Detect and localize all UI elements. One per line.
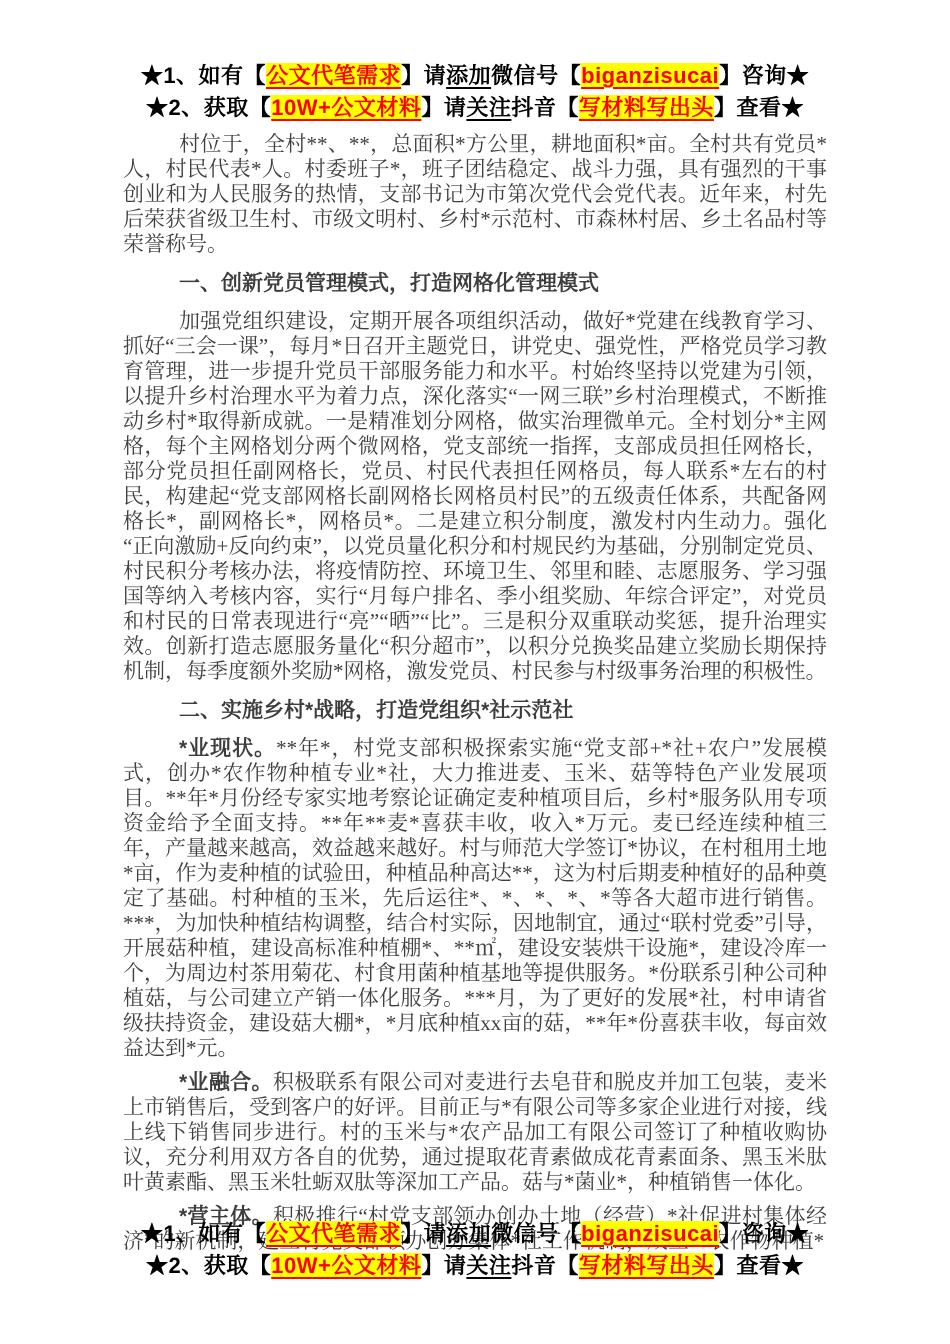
notice-segment: 添加 bbox=[446, 63, 491, 88]
notice-segment: 】咨询★ bbox=[719, 1221, 809, 1246]
body-paragraph: *业融合。积极联系有限公司对麦进行去皂苷和脱皮并加工包装，麦米上市销售后，受到客… bbox=[123, 1070, 827, 1195]
notice-segment: 写材料写出头 bbox=[579, 95, 714, 120]
notice-segment: 】咨询★ bbox=[719, 63, 809, 88]
notice-segment: 抖音【 bbox=[511, 1253, 579, 1278]
notice-segment: 公文代笔需求 bbox=[266, 1221, 401, 1246]
paragraph-lead-label: *业融合。 bbox=[179, 1071, 273, 1094]
notice-segment: biganzisucai bbox=[581, 1221, 719, 1246]
notice-segment: 微信号【 bbox=[491, 1221, 581, 1246]
notice-segment: 关注 bbox=[466, 1253, 511, 1278]
notice-segment: 公文代笔需求 bbox=[266, 63, 401, 88]
notice-footer: ★1、如有【公文代笔需求】请添加微信号【biganzisucai】咨询★ ★2、… bbox=[0, 1218, 950, 1282]
notice-header-line-2: ★2、获取【10W+公文材料】请关注抖音【写材料写出头】查看★ bbox=[0, 92, 950, 124]
notice-header: ★1、如有【公文代笔需求】请添加微信号【biganzisucai】咨询★ ★2、… bbox=[0, 0, 950, 124]
notice-segment: ★1、如有【 bbox=[141, 1221, 266, 1246]
body-paragraph: 加强党组织建设，定期开展各项组织活动，做好*党建在线教育学习、抓好“三会一课”，… bbox=[123, 309, 827, 684]
notice-segment: 写材料写出头 bbox=[579, 1253, 714, 1278]
notice-segment: 】请 bbox=[421, 1253, 466, 1278]
notice-segment: ★2、获取【 bbox=[146, 95, 271, 120]
notice-segment: 】请 bbox=[401, 63, 446, 88]
notice-segment: 10W+公文材料 bbox=[271, 95, 421, 120]
section-heading: 一、创新党员管理模式，打造网格化管理模式 bbox=[123, 271, 827, 297]
body-paragraph: *业现状。**年*，村党支部积极探索实施“党支部+*社+农户”发展模式，创办*农… bbox=[123, 736, 827, 1061]
section-heading: 二、实施乡村*战略，打造党组织*社示范社 bbox=[123, 698, 827, 724]
notice-segment: 10W+公文材料 bbox=[271, 1253, 421, 1278]
notice-footer-line-1: ★1、如有【公文代笔需求】请添加微信号【biganzisucai】咨询★ bbox=[0, 1218, 950, 1250]
paragraph-lead-label: *业现状。 bbox=[179, 737, 276, 760]
notice-segment: 】查看★ bbox=[714, 95, 804, 120]
notice-segment: 抖音【 bbox=[511, 95, 579, 120]
notice-segment: ★2、获取【 bbox=[146, 1253, 271, 1278]
notice-segment: ★1、如有【 bbox=[141, 63, 266, 88]
notice-segment: 】请 bbox=[421, 95, 466, 120]
notice-segment: 】查看★ bbox=[714, 1253, 804, 1278]
notice-segment: 微信号【 bbox=[491, 63, 581, 88]
document-body: 村位于，全村**、**，总面积*方公里，耕地面积*亩。全村共有党员*人，村民代表… bbox=[0, 132, 950, 1254]
notice-header-line-1: ★1、如有【公文代笔需求】请添加微信号【biganzisucai】咨询★ bbox=[0, 60, 950, 92]
notice-segment: 关注 bbox=[466, 95, 511, 120]
notice-segment: biganzisucai bbox=[581, 63, 719, 88]
notice-segment: 添加 bbox=[446, 1221, 491, 1246]
notice-segment: 】请 bbox=[401, 1221, 446, 1246]
notice-footer-line-2: ★2、获取【10W+公文材料】请关注抖音【写材料写出头】查看★ bbox=[0, 1250, 950, 1282]
body-paragraph: 村位于，全村**、**，总面积*方公里，耕地面积*亩。全村共有党员*人，村民代表… bbox=[123, 132, 827, 257]
document-page: ★1、如有【公文代笔需求】请添加微信号【biganzisucai】咨询★ ★2、… bbox=[0, 0, 950, 1344]
